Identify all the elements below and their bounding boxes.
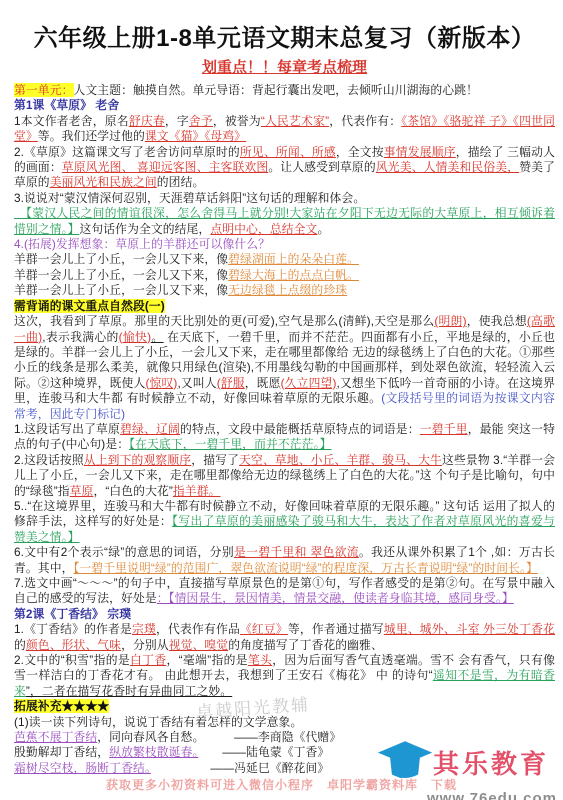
text-segment: ”，二者在描写花香时有异曲同工之妙。 — [26, 684, 232, 698]
publisher-url: www.76edu.com — [377, 790, 557, 800]
text-segment: 第2课《丁香结》 宗璞 — [14, 607, 131, 621]
lesson-1-point-1: 1本文作者老舍，原名舒庆春，字舍予，被誉为“人民艺术家”，代表作有：《茶馆》《骆… — [14, 114, 555, 145]
text-segment: 事情发展顺序 — [384, 145, 456, 159]
text-segment: 芭蕉不展丁香结 — [14, 730, 97, 744]
text-segment: 羊群一会儿上了小丘，一会儿又下来，像 — [14, 268, 228, 282]
text-segment: 羊群一会儿上了小丘，一会儿又下来，像 — [14, 252, 228, 266]
text-segment: (1)读一读下列诗句，说说丁香结有着怎样的文学意象。 — [14, 715, 302, 729]
lesson-2-point-2: 2.文中的“积雪”指的是白丁香，“毫端”指的是笔头，因为后面写香气直透毫端。雪不… — [14, 653, 555, 699]
text-segment: 。 — [151, 330, 163, 344]
text-segment: 。 — [317, 222, 329, 236]
page-subtitle: 划重点！！每章考点梳理 — [14, 56, 555, 77]
lesson-1-point-3-answer: 【蒙汉人民之间的情谊很深，怎么舍得马上就分别!大家站在夕阳下无边无际的大草原上，… — [14, 206, 555, 237]
text-segment: (久立四望) — [281, 376, 337, 390]
graduation-cap-icon — [377, 738, 433, 790]
publisher-name: 其乐教育 — [433, 750, 557, 778]
text-segment: 4.(拓展)发挥想象：草原上的羊群还可以像什么？ — [14, 237, 270, 251]
text-segment: 草原风光图、 喜迎远客图、主客联欢图 — [62, 160, 269, 174]
text-segment: 【在天底下，一碧千里，而并不茫茫。】 — [129, 437, 331, 451]
text-segment: ，描写了 — [191, 453, 239, 467]
lesson-2-heading: 第2课《丁香结》 宗璞 — [14, 607, 555, 622]
text-segment: 一碧千里 — [420, 422, 468, 436]
text-segment: 城里、城外、斗室 外三处丁香花 — [384, 622, 555, 636]
text-segment: 羊群一会儿上了小丘，一会儿又下来，像 — [14, 283, 228, 297]
sheep-simile-1: 羊群一会儿上了小丘，一会儿又下来，像碧绿湖面上的朵朵白莲。 — [14, 252, 555, 267]
text-segment: ，代表作有： — [329, 114, 401, 128]
text-segment: 视觉、嗅觉 — [169, 638, 229, 652]
text-segment: 的特点，文段中最能概括草原特点的词语是： — [180, 422, 420, 436]
text-segment: ,表示我满心的 — [42, 330, 118, 344]
text-segment: 风光美、人情美和民俗美， — [376, 160, 519, 174]
text-segment: ：【情因景生，景因情美，情景交融，使读者身临其境，感同身受。】 — [157, 591, 514, 605]
text-segment: 的团结。 — [157, 175, 205, 189]
recite-q2-q3: 2.这段话按照从上到下的观察顺序，描写了天空、草地、小丘、羊群、骏马、大牛这些景… — [14, 453, 555, 499]
text-segment: ，“白色的大花” — [93, 484, 172, 498]
extension-q1: (1)读一读下列诗句，说说丁香结有着怎样的文学意象。 — [14, 715, 555, 730]
sheep-simile-2: 羊群一会儿上了小丘，一会儿又下来，像碧绿大海上的点点白帆。 — [14, 268, 555, 283]
text-segment: ——冯延巳《醉花间》 — [151, 761, 329, 775]
text-segment: ，字 — [165, 114, 189, 128]
document-content: 六年级上册1-8单元语文期末总复习（新版本） 划重点！！每章考点梳理 第一单元：… — [0, 0, 563, 776]
text-segment: 拓展补充★★★★ — [14, 699, 109, 713]
recite-passage: 这次，我看到了草原。那里的天比别处的更(可爱),空气是那么(清鲜),天空是那么(… — [14, 314, 555, 422]
text-segment: (愉快) — [119, 330, 152, 344]
text-segment: 指羊群。 — [173, 484, 221, 498]
text-segment: 舍予 — [189, 114, 213, 128]
text-segment: 碧绿湖面上的朵朵白莲。 — [228, 252, 359, 266]
recite-q1: 1.这段话写出了草原碧绿、辽阔的特点，文段中最能概括草原特点的词语是：一碧千里，… — [14, 422, 555, 453]
recite-q7: 7.选文中画“～～～”的句子中，直接描写草原景色的是第①句，写作者感受的是第②句… — [14, 576, 555, 607]
text-segment: 第一单元： — [14, 83, 74, 97]
text-segment: 。让人感受到草原的 — [268, 160, 376, 174]
lesson-1-heading: 第1课《草原》 老舍 — [14, 98, 555, 113]
text-segment: 3.说说对“蒙汉情深何忍别，天涯碧草话斜阳”这句话的理解和体会。 — [14, 191, 365, 205]
worksheet-page: 六年级上册1-8单元语文期末总复习（新版本） 划重点！！每章考点梳理 第一单元：… — [0, 0, 563, 800]
text-segment: 等，作者通过描写 — [288, 622, 384, 636]
lesson-1-point-4: 4.(拓展)发挥想象：草原上的羊群还可以像什么？ — [14, 237, 555, 252]
text-segment: 《红豆》 — [240, 622, 288, 636]
text-segment: 这次，我看到了草原。那里的天比别处的更(可爱),空气是那么(清鲜),天空是那么 — [14, 314, 434, 328]
text-segment: (惊叹) — [145, 376, 177, 390]
text-segment: (舒服 — [217, 376, 245, 390]
recite-section-header: 需背诵的课文重点自然段(一) — [14, 299, 555, 314]
text-segment: “人民艺术家” — [261, 114, 329, 128]
publisher-logo: 其乐教育 www.76edu.com — [377, 738, 557, 800]
text-segment: 2.文中的“积雪”指的是 — [14, 653, 130, 667]
text-segment: 的 — [14, 638, 26, 652]
text-segment: 霜树尽空枝，肠断丁香结。 — [14, 761, 151, 775]
text-segment: ，同向春风各自愁。 ——李商隐《代赠》 — [97, 730, 341, 744]
text-segment: ，全文按 — [336, 145, 384, 159]
text-segment: 1.这段话写出了草原 — [14, 422, 120, 436]
text-segment: ，分别从 — [121, 638, 169, 652]
text-segment: 课文《猫》《母鸡》 — [145, 129, 246, 143]
text-segment: 2.这段话按照 — [14, 453, 84, 467]
text-segment: (明朗) — [434, 314, 466, 328]
text-segment: 笔头 — [248, 653, 272, 667]
text-segment: 从上到下的观察顺序 — [84, 453, 191, 467]
text-segment: ——陆龟蒙《丁香》 — [198, 745, 329, 759]
text-segment: 纵放繁枝散诞春。 — [109, 745, 198, 759]
text-segment: 天空、草地、小丘、羊群、骏马、大牛 — [239, 453, 442, 467]
text-segment: 6.文中有2个表示“绿”的意思的词语，分别 — [14, 545, 234, 559]
unit-1-header: 第一单元：人文主题：触摸自然。单元导语：背起行囊出发吧，去倾听山川湖海的心跳！ — [14, 83, 555, 98]
text-segment: ,又叫人 — [177, 376, 216, 390]
text-segment: 所见、所闻、所感 — [240, 145, 336, 159]
text-segment: 草原 — [70, 484, 94, 498]
text-segment: 碧绿、辽阔 — [120, 422, 180, 436]
text-segment: ，“毫端”指的是 — [166, 653, 247, 667]
recite-q5: 5..“在这境界里，连骏马和大牛都有时候静立不动，好像回味着草原的无限乐趣。” … — [14, 499, 555, 545]
text-segment: ，既愿 — [245, 376, 281, 390]
text-segment: 需背诵的课文重点自然段(一) — [14, 299, 165, 313]
text-segment: 宗璞 — [132, 622, 156, 636]
text-segment: 碧绿大海上的点点白帆。 — [228, 268, 359, 282]
text-segment: 这句话作为全文的结尾， — [79, 222, 210, 236]
text-segment: 美丽风光和民族之间 — [50, 175, 157, 189]
text-segment: 殷勤解却丁香结， — [14, 745, 109, 759]
text-segment: 是一碧千里和 翠色欲流 — [234, 545, 359, 559]
text-segment: 1本文作者老舍，原名 — [14, 114, 129, 128]
extension-header: 拓展补充★★★★ — [14, 699, 555, 714]
text-segment: 白丁香 — [130, 653, 166, 667]
lesson-1-point-3: 3.说说对“蒙汉情深何忍别，天涯碧草话斜阳”这句话的理解和体会。 — [14, 191, 555, 206]
text-segment: 人文主题：触摸自然。单元导语：背起行囊出发吧，去倾听山川湖海的心跳！ — [74, 83, 479, 97]
document-body: 第一单元：人文主题：触摸自然。单元导语：背起行囊出发吧，去倾听山川湖海的心跳！第… — [14, 83, 555, 776]
text-segment: 1.《丁香结》的作者是 — [14, 622, 132, 636]
text-segment: 等。我们还学过他的 — [38, 129, 145, 143]
text-segment: 2.《草原》这篇课文写了老舍访问草原时的 — [14, 145, 240, 159]
text-segment: 舒庆春 — [129, 114, 165, 128]
lesson-1-point-2: 2.《草原》这篇课文写了老舍访问草原时的所见、所闻、所感，全文按事情发展顺序，描… — [14, 145, 555, 191]
recite-q6: 6.文中有2个表示“绿”的意思的词语，分别是一碧千里和 翠色欲流。我还从课外积累… — [14, 545, 555, 576]
lesson-2-point-1: 1.《丁香结》的作者是宗璞，代表作有作品《红豆》等，作者通过描写城里、城外、斗室… — [14, 622, 555, 653]
sheep-simile-3: 羊群一会儿上了小丘，一会儿又下来，像无边绿毯上点缀的珍珠 — [14, 283, 555, 298]
text-segment: 点明中心，总结全文 — [210, 222, 317, 236]
text-segment: 第1课《草原》 老舍 — [14, 98, 119, 112]
text-segment: 无边绿毯上点缀的珍珠 — [228, 283, 347, 297]
text-segment: 颜色、形状、气味 — [26, 638, 121, 652]
text-segment: ，使我总想 — [467, 314, 527, 328]
text-segment: 【一碧千里说明“绿”的范围广，翠色欲流说明“绿”的程度深，万古长青说明“绿”的时… — [74, 561, 538, 575]
text-segment: 的角度描写了丁香花的幽雅、 — [228, 638, 383, 652]
page-title: 六年级上册1-8单元语文期末总复习（新版本） — [14, 18, 555, 53]
text-segment: ，代表作有作品 — [156, 622, 240, 636]
text-segment: ，被誉为 — [213, 114, 261, 128]
